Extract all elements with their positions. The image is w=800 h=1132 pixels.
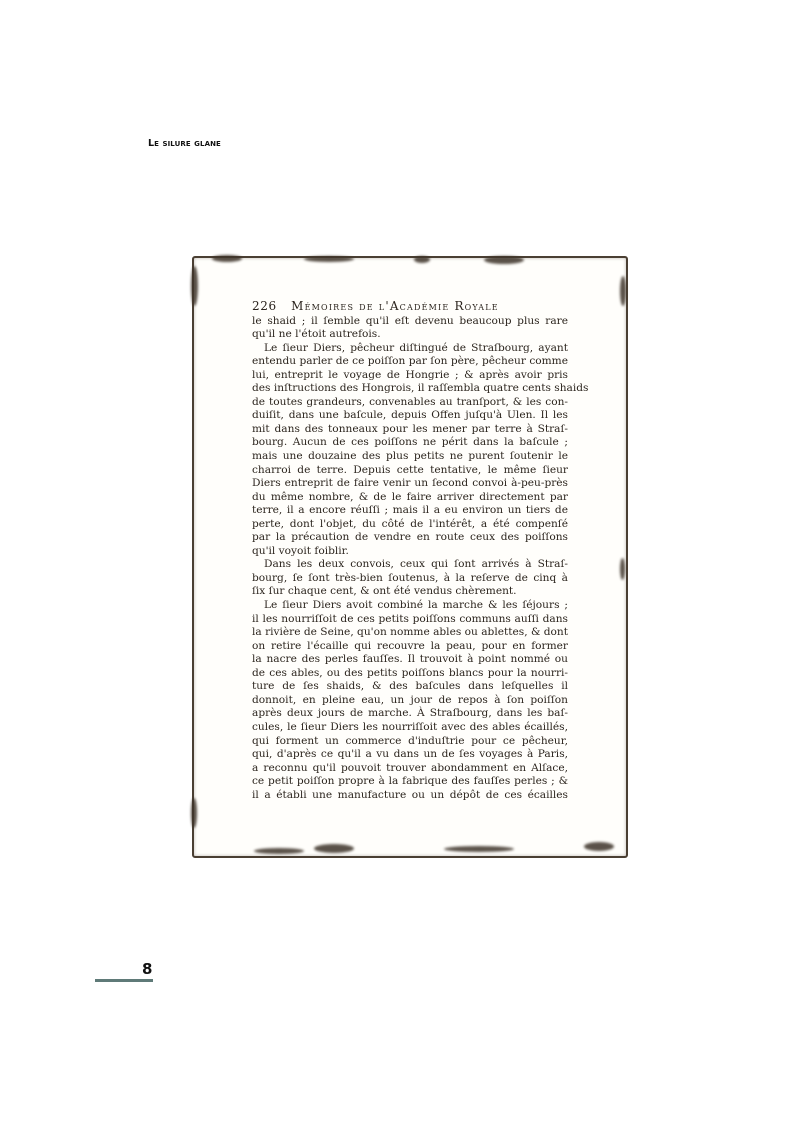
text-line: après deux jours de marche. À Straſbourg… (252, 707, 568, 721)
running-head: Le silure glane (148, 138, 221, 149)
text-line: charroi de terre. Depuis cette tentative… (252, 464, 568, 478)
text-line: Diers entreprit de faire venir un ſecond… (252, 477, 568, 491)
text-line: lui, entreprit le voyage de Hongrie ; & … (252, 369, 568, 383)
text-line: ce petit poiſſon propre à la fabrique de… (252, 775, 568, 789)
text-line: donnoit, en pleine eau, un jour de repos… (252, 694, 568, 708)
scan-smudge (314, 844, 354, 853)
text-line: cules, le ſieur Diers les nourriſſoit av… (252, 721, 568, 735)
text-line: Le ſieur Diers avoit combiné la marche &… (252, 599, 568, 613)
text-line: ſix ſur chaque cent, & ont été vendus ch… (252, 585, 568, 599)
text-line: duiſit, dans une baſcule, depuis Offen j… (252, 409, 568, 423)
text-line: a reconnu qu'il pouvoit trouver abondamm… (252, 762, 568, 776)
text-line: Le ſieur Diers, pêcheur diſtingué de Str… (252, 342, 568, 356)
text-line: il les nourriſſoit de ces petits poiſſon… (252, 613, 568, 627)
text-line: qu'il voyoit foiblir. (252, 545, 568, 559)
text-line: mais une douzaine des plus petits ne pur… (252, 450, 568, 464)
scan-smudge (414, 256, 430, 263)
scan-smudge (584, 842, 614, 851)
scan-smudge (444, 846, 514, 852)
text-line: entendu parler de ce poiſſon par ſon pèr… (252, 355, 568, 369)
scan-smudge (304, 256, 354, 262)
text-line: qui, d'après ce qu'il a vu dans un de ſe… (252, 748, 568, 762)
text-line: bourg. Aucun de ces poiſſons ne périt da… (252, 436, 568, 450)
text-line: terre, il a encore réuſſi ; mais il a eu… (252, 504, 568, 518)
text-line: le shaid ; il ſemble qu'il eſt devenu be… (252, 315, 568, 329)
scan-page-header: 226 Mémoires de l'Académie Royale (252, 300, 568, 314)
text-line: qu'il ne l'étoit autrefois. (252, 328, 568, 342)
text-line: du même nombre, & de le faire arriver di… (252, 491, 568, 505)
text-line: de toutes grandeurs, convenables au tran… (252, 396, 568, 410)
text-line: de ces ables, ou des petits poiſſons bla… (252, 667, 568, 681)
scanned-page-image: 226 Mémoires de l'Académie Royale le sha… (192, 256, 628, 858)
scan-smudge (620, 276, 626, 306)
text-line: il a établi une manufacture ou un dépôt … (252, 789, 568, 803)
scan-smudge (484, 256, 524, 264)
scan-lines: le shaid ; il ſemble qu'il eſt devenu be… (252, 315, 568, 803)
text-line: qui forment un commerce d'induſtrie pour… (252, 735, 568, 749)
scan-header-title: Mémoires de l'Académie Royale (291, 299, 499, 313)
text-line: on retire l'écaille qui recouvre la peau… (252, 640, 568, 654)
text-line: Dans les deux convois, ceux qui ſont arr… (252, 558, 568, 572)
scan-page-number: 226 (252, 299, 277, 313)
text-line: par la précaution de vendre en route ceu… (252, 531, 568, 545)
text-line: des inſtructions des Hongrois, il raſſem… (252, 382, 568, 396)
scan-smudge (191, 798, 197, 828)
scan-smudge (212, 255, 242, 262)
page-number: 8 (142, 960, 152, 978)
page-number-rule (95, 979, 153, 982)
text-line: perte, dont l'objet, du côté de l'intérê… (252, 518, 568, 532)
scan-text-block: 226 Mémoires de l'Académie Royale le sha… (252, 300, 568, 802)
text-line: bourg, ſe ſont très-bien ſoutenus, à la … (252, 572, 568, 586)
scan-smudge (191, 266, 198, 306)
text-line: la rivière de Seine, qu'on nomme ables o… (252, 626, 568, 640)
scan-smudge (254, 848, 304, 854)
text-line: ture de ſes shaids, & des baſcules dans … (252, 680, 568, 694)
text-line: la nacre des perles fauſſes. Il trouvoit… (252, 653, 568, 667)
text-line: mit dans des tonneaux pour les mener par… (252, 423, 568, 437)
scan-smudge (620, 558, 625, 580)
